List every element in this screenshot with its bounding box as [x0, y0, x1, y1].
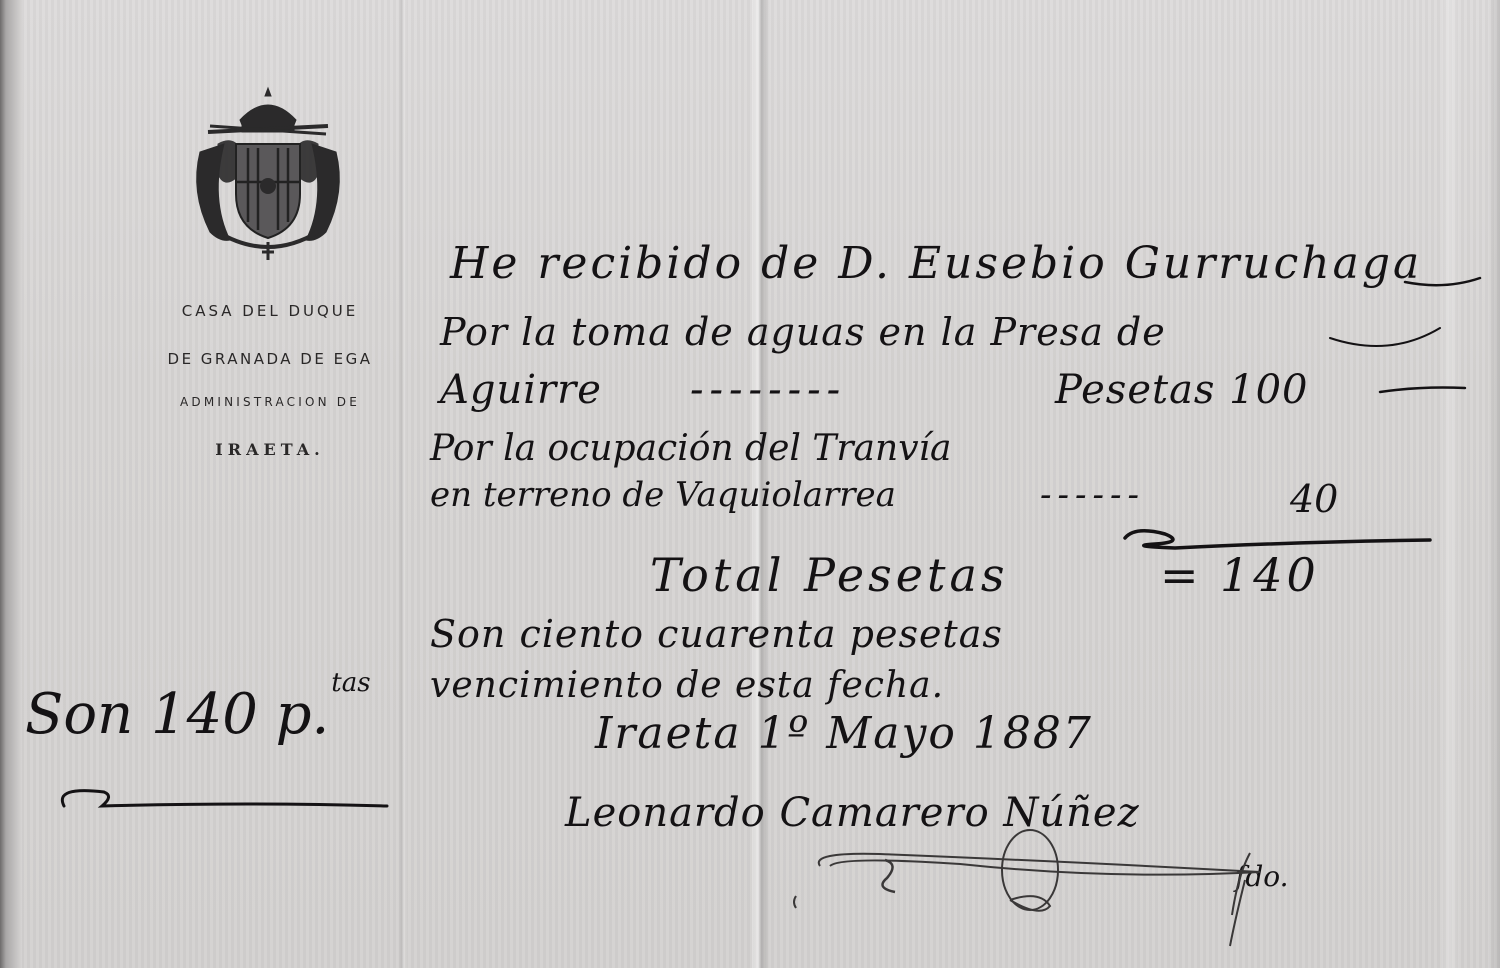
margin-amount-note: Son 140 p.tas	[25, 682, 369, 747]
receipt-line-item1-description: Por la toma de aguas en la Presa de	[440, 310, 1166, 354]
paper-edge-shadow	[0, 0, 22, 968]
item2-amount: 40	[1290, 477, 1338, 521]
item1-place: Aguirre	[440, 367, 602, 413]
item2-place: en terreno de Vaquiolarrea	[430, 475, 896, 515]
signature-rubric-icon	[794, 830, 1260, 946]
receipt-line-received-from: He recibido de D. Eusebio Gurruchaga	[450, 238, 1422, 289]
receipt-document: CASA DEL DUQUE DE GRANADA DE EGA ADMINIS…	[0, 0, 1500, 968]
signature-name: Leonardo Camarero Núñez	[565, 790, 1140, 836]
letterhead-line: CASA DEL DUQUE	[100, 302, 440, 320]
leader-dashes: ------	[1040, 475, 1145, 515]
receipt-line-item2: en terreno de Vaquiolarrea ------ 40	[430, 475, 896, 515]
receipt-total-line: Total Pesetas = 140	[650, 548, 1009, 602]
coat-of-arms-icon	[178, 82, 358, 267]
margin-amount-superscript: tas	[331, 668, 370, 698]
receipt-line-item1: Aguirre -------- Pesetas 100	[440, 367, 602, 413]
letterhead-line: ADMINISTRACION DE	[100, 395, 440, 409]
receipt-line-item2-description: Por la ocupación del Tranvía	[430, 428, 952, 469]
paper-fold	[398, 0, 408, 968]
letterhead-line: DE GRANADA DE EGA	[100, 350, 440, 368]
total-amount: 140	[1220, 548, 1320, 602]
total-equals: =	[1160, 548, 1203, 602]
total-label: Total Pesetas	[650, 548, 1009, 602]
letterhead-place: IRAETA.	[100, 440, 440, 459]
receipt-due-note: vencimiento de esta fecha.	[430, 665, 944, 706]
item1-amount: Pesetas 100	[1055, 367, 1309, 413]
total-underline	[1125, 531, 1430, 548]
signed-abbreviation: fdo.	[1235, 860, 1289, 893]
receipt-date: Iraeta 1º Mayo 1887	[595, 708, 1093, 759]
receipt-amount-in-words: Son ciento cuarenta pesetas	[430, 612, 1003, 656]
margin-amount-text: Son 140 p.	[25, 682, 329, 747]
leader-dashes: --------	[690, 367, 846, 413]
paper-fold	[1440, 0, 1460, 968]
margin-underline	[62, 791, 387, 806]
